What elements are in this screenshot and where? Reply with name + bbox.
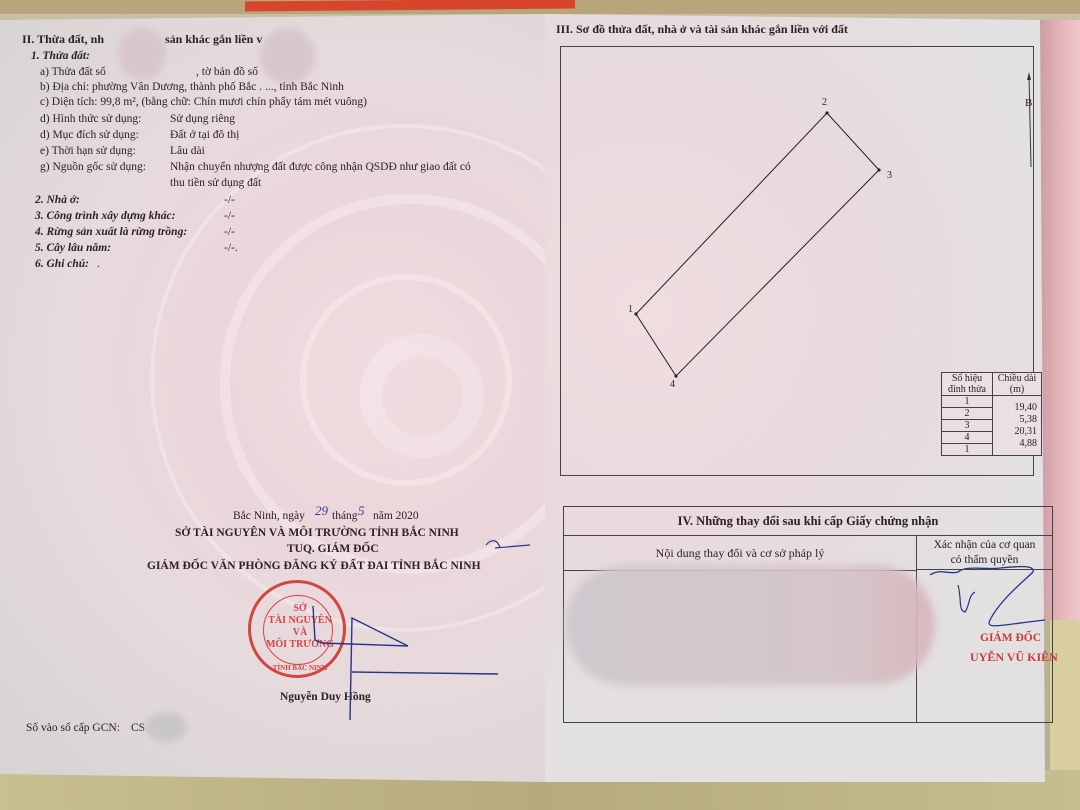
north-arrow-shaft xyxy=(1029,75,1031,167)
length-value: 19,40 xyxy=(996,402,1037,414)
vertex-1-dot xyxy=(634,312,637,315)
vertex-cell: 1 xyxy=(942,444,993,456)
length-value: 4,88 xyxy=(996,438,1037,450)
north-arrow-head xyxy=(1027,72,1031,80)
vertex-3-label: 3 xyxy=(887,169,892,183)
vertex-1-label: 1 xyxy=(628,303,633,317)
vertex-4-label: 4 xyxy=(670,378,675,392)
length-value: 20,31 xyxy=(996,426,1037,438)
vertex-2-label: 2 xyxy=(822,96,827,110)
edge-length-table: Số hiệu đỉnh thửa Chiều dài (m) 1 19,40 … xyxy=(941,372,1042,456)
length-column-header: Chiều dài (m) xyxy=(993,373,1042,396)
director-signature-tail xyxy=(352,672,498,674)
north-label: B xyxy=(1025,96,1032,110)
changes-section-title: IV. Những thay đổi sau khi cấp Giấy chứn… xyxy=(564,507,1052,536)
confirmation-header-line2: có thẩm quyền xyxy=(917,553,1052,568)
director-signature xyxy=(313,606,408,720)
vertex-cell: 4 xyxy=(942,432,993,444)
confirmation-header-line1: Xác nhận của cơ quan xyxy=(917,538,1052,553)
parcel-boundary xyxy=(636,113,879,376)
redaction-blur xyxy=(565,565,935,685)
lengths-cell: 19,40 5,38 20,31 4,88 xyxy=(993,396,1042,456)
vertex-column-header: Số hiệu đỉnh thửa xyxy=(942,373,993,396)
confirm-position: GIÁM ĐỐC xyxy=(980,632,1041,644)
vertex-cell: 3 xyxy=(942,420,993,432)
confirmation-header: Xác nhận của cơ quan có thẩm quyền xyxy=(917,536,1052,570)
vertex-2-dot xyxy=(825,111,828,114)
vertex-3-dot xyxy=(877,168,880,171)
vertex-cell: 1 xyxy=(942,396,993,408)
vertex-cell: 2 xyxy=(942,408,993,420)
initials-signature xyxy=(486,541,530,548)
confirm-signer: UYỄN VŨ KIÊN xyxy=(970,650,1058,665)
length-value: 5,38 xyxy=(996,414,1037,426)
